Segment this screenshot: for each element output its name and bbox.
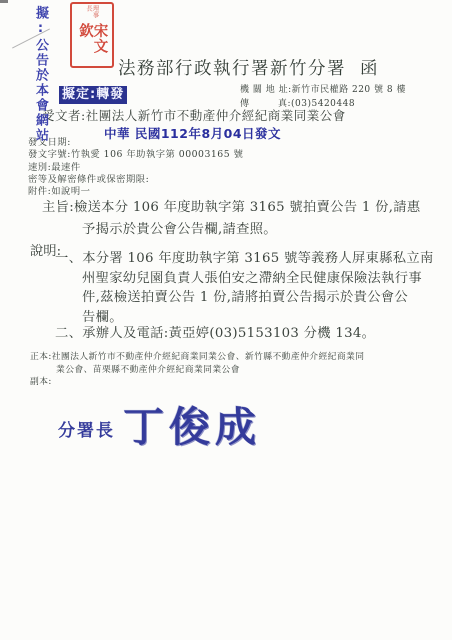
meta-reference-number: 發文字號:竹執愛 106 年助執字第 00003165 號 xyxy=(28,149,243,161)
document-meta-block: 發文日期: 發文字號:竹執愛 106 年助執字第 00003165 號 速別:最… xyxy=(28,137,243,198)
issuing-agency: 法務部行政執行署新竹分署 xyxy=(118,59,346,79)
signer-title: 分署長 xyxy=(58,416,115,441)
document-type: 函 xyxy=(360,59,379,79)
meta-classification: 密等及解密條件或保密期限: xyxy=(28,174,243,186)
original-copy-line-1: 正本:社團法人新竹市不動產仲介經紀商業同業公會、新竹縣不動產仲介經紀商業同 xyxy=(30,351,364,364)
agency-address: 機 關 地 址:新竹市民權路 220 號 8 樓 xyxy=(240,84,406,98)
dispatch-date-stamp: 中華 民國112年8月04日發文 xyxy=(104,124,281,142)
seal-name: 宋文欽 xyxy=(78,23,107,66)
subject-block: 主旨:檢送本分 106 年度助執字第 3165 號拍賣公告 1 份,請惠 予揭示… xyxy=(42,197,420,240)
meta-priority: 速別:最速件 xyxy=(28,162,243,174)
scan-corner-artifact xyxy=(0,0,8,3)
signer-name-stamp: 丁俊成 xyxy=(123,394,261,453)
handwritten-approval-note: 擬:公告於本會網站 xyxy=(31,6,50,161)
explanation-item-1-line-1: 一、本分署 106 年度助執字第 3165 號等義務人屏東縣私立南 xyxy=(55,249,434,269)
explanation-item-1: 一、本分署 106 年度助執字第 3165 號等義務人屏東縣私立南 州聖家幼兒園… xyxy=(55,249,434,327)
document-title: 法務部行政執行署新竹分署函 xyxy=(118,55,379,80)
recipient-line: 受文者:社團法人新竹市不動產仲介經紀商業同業公會 xyxy=(42,106,346,124)
copies-block: 正本:社團法人新竹市不動產仲介經紀商業同業公會、新竹縣不動產仲介經紀商業同 業公… xyxy=(30,351,364,389)
scanned-official-letter: 擬:公告於本會網站 理事長 宋文欽 法務部行政執行署新竹分署函 擬定:轉發 機 … xyxy=(0,0,452,640)
explanation-item-2: 二、承辦人及電話:黃亞婷(03)5153103 分機 134。 xyxy=(55,322,375,341)
original-copy-line-2: 業公會、苗栗縣不動產仲介經紀商業同業公會 xyxy=(30,364,364,377)
subject-line-1: 主旨:檢送本分 106 年度助執字第 3165 號拍賣公告 1 份,請惠 xyxy=(42,197,420,219)
recipient-value: 社團法人新竹市不動產仲介經紀商業同業公會 xyxy=(86,108,346,123)
seal-title: 理事長 xyxy=(86,5,99,23)
explanation-item-1-line-3: 件,茲檢送拍賣公告 1 份,請將拍賣公告揭示於貴公會公 xyxy=(55,288,434,308)
duplicate-copy-label: 副本: xyxy=(30,376,364,389)
signature-block: 分署長 丁俊成 xyxy=(58,394,261,453)
disposition-stamp: 擬定:轉發 xyxy=(59,86,127,104)
chairman-seal: 理事長 宋文欽 xyxy=(70,2,114,68)
explanation-item-1-line-2: 州聖家幼兒園負責人張伯安之滯納全民健康保險法執行事 xyxy=(55,269,434,289)
subject-line-2: 予揭示於貴公會公告欄,請查照。 xyxy=(42,219,420,241)
